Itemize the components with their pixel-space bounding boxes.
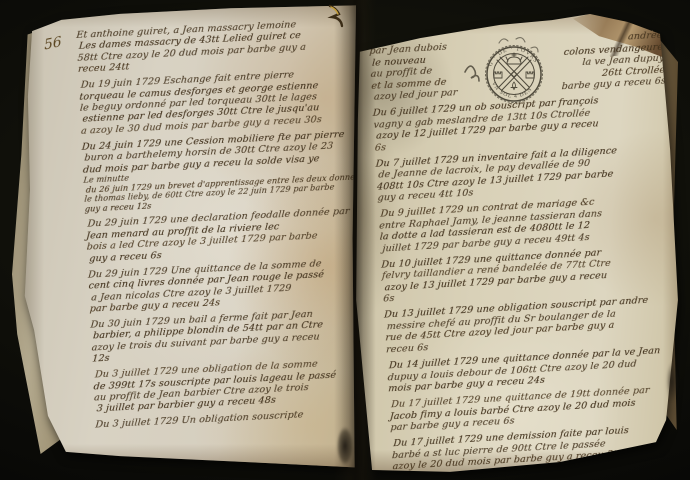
left-page-handwriting: Et anthoine guiret, a Jean massacry lemo…	[76, 17, 369, 432]
line-text: 12s	[92, 353, 110, 365]
fleuron-icon	[511, 82, 517, 90]
right-page: par Jean dubois andree le nouveau colons…	[345, 6, 683, 478]
fiscal-stamp-seal: G · DE · TOVRS VN SOL 4 DEN	[461, 26, 567, 126]
folio-number: 56	[44, 34, 63, 54]
line-text: 6s	[374, 142, 386, 154]
binding-thread-icon	[322, 2, 352, 36]
tower-left-icon	[494, 72, 502, 78]
tower-right-icon	[526, 72, 534, 78]
line-text: receu 6s	[386, 342, 429, 356]
line-text: receu 24tt	[78, 62, 130, 76]
line-text: guy a receu 12s	[84, 202, 151, 215]
manuscript-photograph: 56 Et anthoine guiret, a Jean massacry l…	[0, 0, 690, 480]
line-text: 6s	[383, 293, 395, 305]
left-page: 56 Et anthoine guiret, a Jean massacry l…	[20, 4, 365, 472]
stamp-flourish-left-icon	[465, 66, 479, 81]
right-page-paper: par Jean dubois andree le nouveau colons…	[345, 6, 683, 478]
left-page-paper: 56 Et anthoine guiret, a Jean massacry l…	[20, 4, 365, 472]
